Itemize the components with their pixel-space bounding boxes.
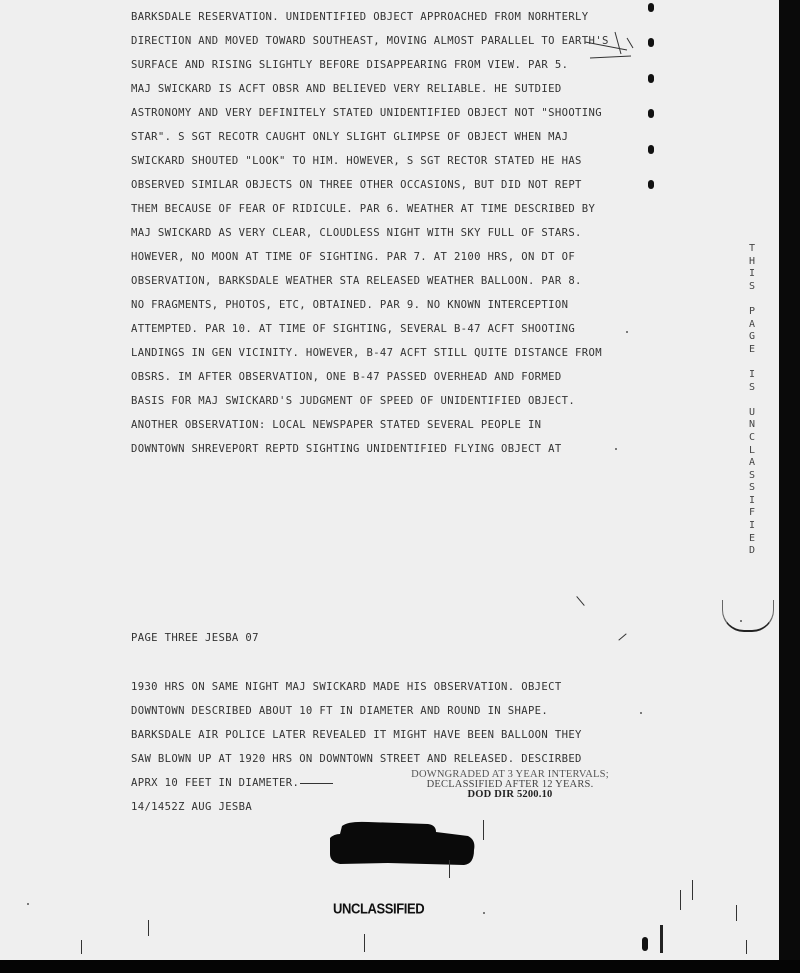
scan-artifact: [483, 820, 484, 840]
dtg-line: 14/1452Z AUG JESBA: [131, 800, 252, 814]
body-line: OBSERVED SIMILAR OBJECTS ON THREE OTHER …: [131, 178, 582, 192]
scribble-mark-icon: [585, 28, 645, 68]
footer-classification: UNCLASSIFIED: [333, 900, 424, 917]
stamp-letter: S: [745, 482, 759, 495]
body-line: NO FRAGMENTS, PHOTOS, ETC, OBTAINED. PAR…: [131, 298, 568, 312]
stamp-letter: N: [745, 419, 759, 432]
stamp-letter: [745, 356, 759, 369]
stamp-letter: S: [745, 470, 759, 483]
scan-artifact: [364, 934, 365, 952]
stamp-letter: A: [745, 319, 759, 332]
stamp-letter: I: [745, 369, 759, 382]
scan-artifact: [740, 620, 742, 622]
message-body: BARKSDALE RESERVATION. UNIDENTIFIED OBJE…: [131, 10, 621, 460]
stamp-letter: E: [745, 344, 759, 357]
stamp-letter: L: [745, 445, 759, 458]
body-line: DIRECTION AND MOVED TOWARD SOUTHEAST, MO…: [131, 34, 609, 48]
continuation-line: DOWNTOWN DESCRIBED ABOUT 10 FT IN DIAMET…: [131, 704, 548, 718]
scan-artifact: [483, 912, 485, 914]
body-line: SURFACE AND RISING SLIGHTLY BEFORE DISAP…: [131, 58, 568, 72]
binder-mark: [648, 109, 654, 118]
body-line: ASTRONOMY AND VERY DEFINITELY STATED UNI…: [131, 106, 602, 120]
scan-artifact: [27, 903, 29, 905]
body-line: DOWNTOWN SHREVEPORT REPTD SIGHTING UNIDE…: [131, 442, 562, 456]
stamp-letter: [745, 394, 759, 407]
stamp-letter: U: [745, 407, 759, 420]
body-line: STAR". S SGT RECOTR CAUGHT ONLY SLIGHT G…: [131, 130, 568, 144]
binder-mark: [642, 937, 648, 951]
scan-artifact: [618, 633, 626, 640]
scan-artifact: [449, 860, 450, 878]
scan-artifact: [148, 920, 149, 936]
scan-artifact: [736, 905, 737, 921]
binder-mark: [648, 180, 654, 189]
binder-mark: [648, 3, 654, 12]
scan-artifact: [660, 925, 663, 953]
downgrade-stamp: DOWNGRADED AT 3 YEAR INTERVALS; DECLASSI…: [400, 770, 620, 800]
stamp-letter: A: [745, 457, 759, 470]
body-line: BASIS FOR MAJ SWICKARD'S JUDGMENT OF SPE…: [131, 394, 575, 408]
continuation-line: SAW BLOWN UP AT 1920 HRS ON DOWNTOWN STR…: [131, 752, 582, 766]
directive-line: DOD DIR 5200.10: [400, 790, 620, 800]
body-line: BARKSDALE RESERVATION. UNIDENTIFIED OBJE…: [131, 10, 589, 24]
stamp-letter: I: [745, 520, 759, 533]
stamp-letter: T: [745, 243, 759, 256]
stamp-letter: H: [745, 256, 759, 269]
stamp-letter: E: [745, 533, 759, 546]
stamp-letter: G: [745, 331, 759, 344]
body-line: THEM BECAUSE OF FEAR OF RIDICULE. PAR 6.…: [131, 202, 595, 216]
continuation-line: BARKSDALE AIR POLICE LATER REVEALED IT M…: [131, 728, 582, 742]
stamp-letter: [745, 293, 759, 306]
stamp-letter: F: [745, 507, 759, 520]
bracket-mark: [722, 600, 774, 632]
stamp-letter: P: [745, 306, 759, 319]
stamp-letter: I: [745, 268, 759, 281]
scan-artifact: [640, 712, 642, 714]
side-classification-stamp: T H I S P A G E I S U N C L A S S I F I …: [745, 243, 759, 558]
stamp-letter: I: [745, 495, 759, 508]
stamp-letter: S: [745, 281, 759, 294]
body-line: ATTEMPTED. PAR 10. AT TIME OF SIGHTING, …: [131, 322, 575, 336]
scan-artifact: [626, 331, 628, 333]
stamp-letter: D: [745, 545, 759, 558]
body-line: MAJ SWICKARD IS ACFT OBSR AND BELIEVED V…: [131, 82, 562, 96]
body-line: HOWEVER, NO MOON AT TIME OF SIGHTING. PA…: [131, 250, 575, 264]
page-header: PAGE THREE JESBA 07: [131, 632, 259, 644]
body-line: OBSERVATION, BARKSDALE WEATHER STA RELEA…: [131, 274, 582, 288]
body-line: OBSRS. IM AFTER OBSERVATION, ONE B-47 PA…: [131, 370, 562, 384]
binder-mark: [648, 74, 654, 83]
underline-rule: [300, 783, 333, 784]
body-line: LANDINGS IN GEN VICINITY. HOWEVER, B-47 …: [131, 346, 602, 360]
binder-mark: [648, 38, 654, 47]
scan-artifact: [680, 890, 681, 910]
scan-artifact: [746, 940, 747, 954]
document-page: BARKSDALE RESERVATION. UNIDENTIFIED OBJE…: [0, 0, 779, 960]
continuation-line: 1930 HRS ON SAME NIGHT MAJ SWICKARD MADE…: [131, 680, 562, 694]
stamp-letter: C: [745, 432, 759, 445]
body-line: SWICKARD SHOUTED "LOOK" TO HIM. HOWEVER,…: [131, 154, 582, 168]
body-line: MAJ SWICKARD AS VERY CLEAR, CLOUDLESS NI…: [131, 226, 582, 240]
scan-artifact: [692, 880, 693, 900]
scan-artifact: [615, 448, 617, 450]
continuation-line: APRX 10 FEET IN DIAMETER.: [131, 776, 299, 790]
redaction-mark: [328, 820, 476, 870]
body-line: ANOTHER OBSERVATION: LOCAL NEWSPAPER STA…: [131, 418, 541, 432]
scan-artifact: [81, 940, 82, 954]
scan-border-bottom: [0, 960, 800, 973]
scan-artifact: [576, 596, 584, 606]
stamp-letter: S: [745, 382, 759, 395]
binder-mark: [648, 145, 654, 154]
redaction-blot-icon: [328, 820, 476, 870]
scan-border-right: [779, 0, 800, 973]
